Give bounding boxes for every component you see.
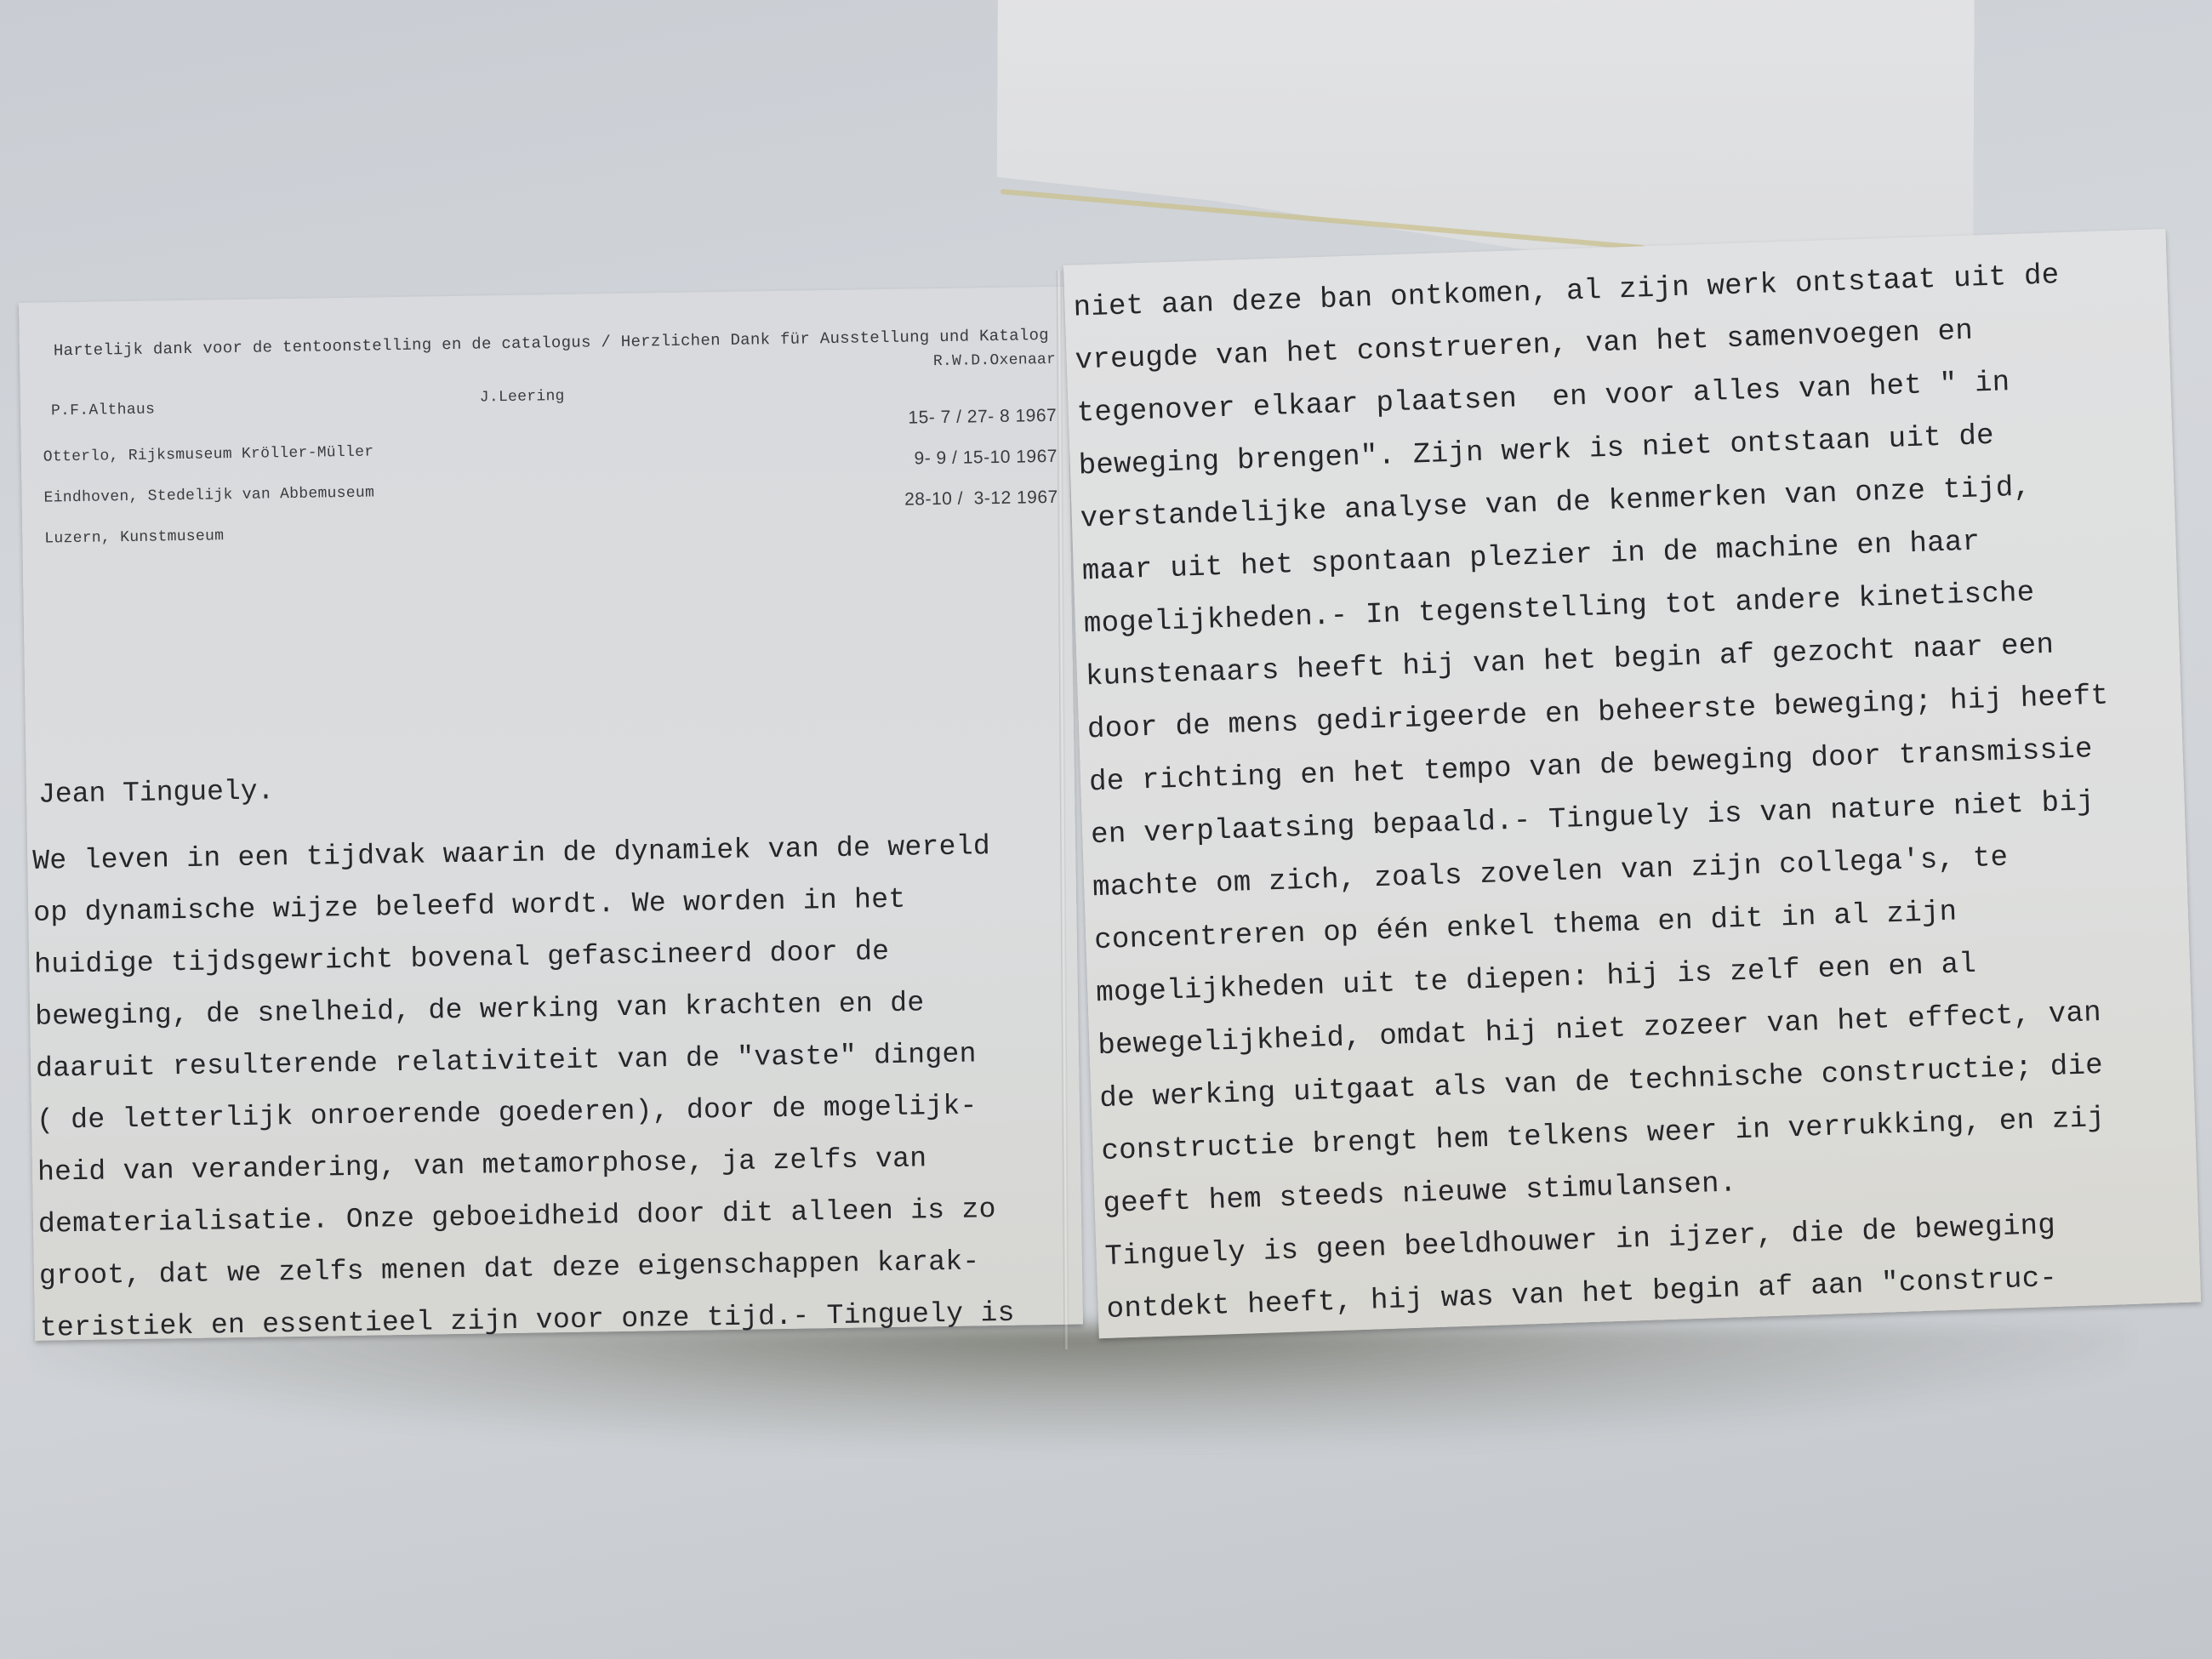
thanks-line: Hartelijk dank voor de tentoonstelling e…: [54, 326, 1049, 360]
left-page: Hartelijk dank voor de tentoonstelling e…: [19, 287, 1083, 1341]
venue-dates-luzern: 28-10 / 3-12 1967: [904, 487, 1058, 510]
curator-name-oxenaar: R.W.D.Oxenaar: [933, 351, 1057, 370]
venue-dates-otterlo: 15- 7 / 27- 8 1967: [908, 406, 1057, 429]
venue-eindhoven: Eindhoven, Stedelijk van Abbemuseum: [43, 484, 374, 506]
right-page-body: niet aan deze ban ontkomen, al zijn werk…: [1073, 246, 2196, 1337]
article-title: Jean Tinguely.: [38, 775, 275, 810]
venue-otterlo: Otterlo, Rijksmuseum Kröller-Müller: [43, 443, 374, 465]
right-page: niet aan deze ban ontkomen, al zijn werk…: [1063, 229, 2201, 1338]
venue-luzern: Luzern, Kunstmuseum: [44, 527, 224, 547]
curator-name-leering: J.Leering: [480, 388, 565, 407]
curator-name-althaus: P.F.Althaus: [51, 402, 155, 420]
blank-paper-sheet: [996, 0, 1975, 266]
venue-dates-eindhoven: 9- 9 / 15-10 1967: [914, 447, 1058, 470]
photo-scene: Hartelijk dank voor de tentoonstelling e…: [0, 0, 2212, 1659]
left-page-body: We leven in een tijdvak waarin de dynami…: [32, 819, 1078, 1354]
